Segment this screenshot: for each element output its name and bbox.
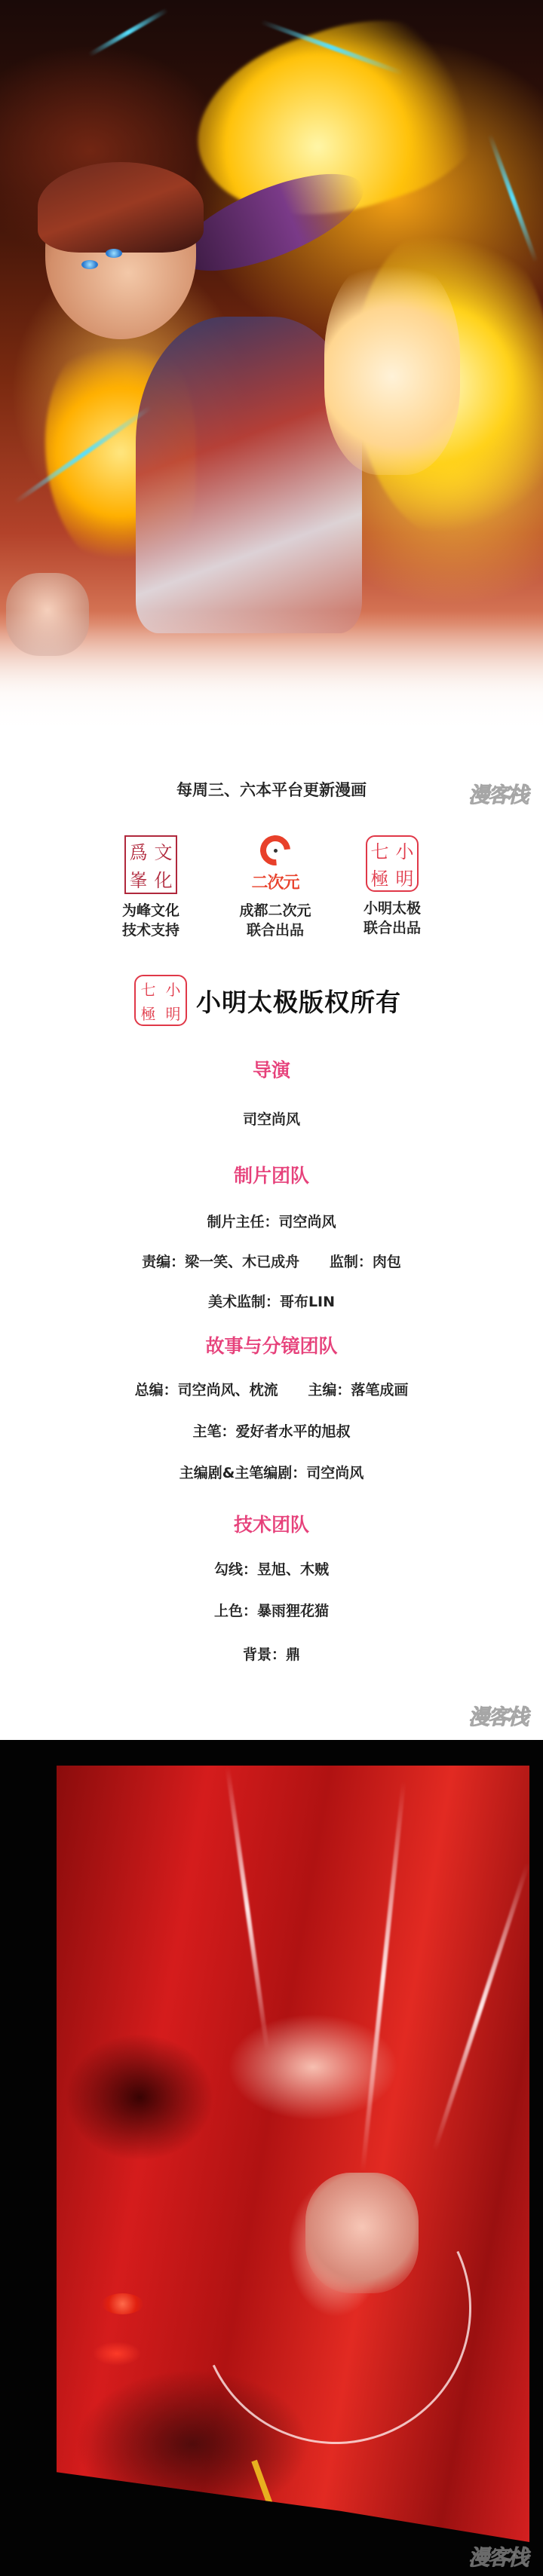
swirl-eye bbox=[272, 847, 279, 854]
watermark-logo-icon: 漫客栈 bbox=[460, 1700, 535, 1732]
caption-line: 小明太极 bbox=[347, 899, 437, 919]
comic-panel bbox=[57, 1766, 529, 2542]
caption-line: 联合出品 bbox=[347, 919, 437, 939]
energy-wisp bbox=[360, 1781, 406, 2172]
credit-line: 主编剧&主笔编剧：司空尚风 bbox=[0, 1462, 543, 1482]
partner-caption: 为峰文化 技术支持 bbox=[106, 902, 196, 940]
white-fade bbox=[0, 611, 543, 761]
weifeng-culture-seal-icon: 爲 文 峯 化 bbox=[124, 835, 177, 894]
copyright-text: 小明太极版权所有 bbox=[196, 983, 401, 1018]
seal-char: 爲 bbox=[130, 838, 148, 864]
partner-chengdu-erciyuan: 二次元 成都二次元 联合出品 bbox=[230, 835, 321, 940]
copyright-line: 七 小 極 明 小明太极版权所有 bbox=[134, 974, 401, 1027]
energy-streak bbox=[88, 8, 169, 57]
energy-wisp bbox=[432, 1863, 529, 2151]
section-title-tech: 技术团队 bbox=[0, 1510, 543, 1537]
section-title-director: 导演 bbox=[0, 1055, 543, 1083]
credit-line: 勾线：昱旭、木贼 bbox=[0, 1558, 543, 1579]
seal-char: 極 bbox=[141, 1002, 156, 1024]
xiaoming-taiji-seal-icon: 七 小 極 明 bbox=[366, 835, 419, 892]
seal-char: 七 bbox=[371, 837, 389, 863]
energy-wisp bbox=[225, 1766, 270, 2051]
seal-char: 峯 bbox=[130, 865, 148, 892]
chengdu-erciyuan-logo-icon: 二次元 bbox=[244, 835, 307, 894]
seal-char: 小 bbox=[166, 978, 181, 1000]
partner-xiaoming-taiji: 七 小 極 明 小明太极 联合出品 bbox=[347, 835, 437, 938]
credit-line: 美术监制：哥布LIN bbox=[0, 1291, 543, 1311]
watermark-logo-icon: 漫客栈 bbox=[460, 2541, 535, 2572]
credit-line: 主笔：爱好者水平的旭叔 bbox=[0, 1420, 543, 1441]
cover-illustration bbox=[0, 0, 543, 761]
partner-logos: 爲 文 峯 化 为峰文化 技术支持 二次元 成都二次元 联合出品 七 小 極 明… bbox=[106, 835, 445, 941]
section-title-production: 制片团队 bbox=[0, 1161, 543, 1188]
caption-line: 技术支持 bbox=[106, 921, 196, 941]
seal-char: 七 bbox=[141, 978, 156, 1000]
credit-line: 上色：暴雨狸花猫 bbox=[0, 1600, 543, 1620]
credit-line: 总编：司空尚风、枕流 主编：落笔成画 bbox=[0, 1379, 543, 1399]
seal-char: 文 bbox=[155, 838, 173, 864]
caption-line: 联合出品 bbox=[230, 921, 321, 941]
caption-line: 成都二次元 bbox=[230, 902, 321, 921]
character-hair bbox=[38, 162, 204, 253]
seal-char: 極 bbox=[371, 864, 389, 890]
character-open-hand bbox=[324, 256, 460, 475]
character-eye bbox=[106, 249, 122, 258]
seal-char: 明 bbox=[166, 1002, 181, 1024]
credit-line: 责编：梁一笑、木已成舟 监制：肉包 bbox=[0, 1251, 543, 1271]
logo-wordmark: 二次元 bbox=[244, 870, 307, 893]
seal-char: 明 bbox=[396, 864, 414, 890]
credit-line: 背景：鼎 bbox=[0, 1643, 543, 1664]
credit-line: 制片主任：司空尚风 bbox=[0, 1211, 543, 1231]
update-schedule: 每周三、六本平台更新漫画 bbox=[0, 778, 543, 801]
partner-weifeng: 爲 文 峯 化 为峰文化 技术支持 bbox=[106, 835, 196, 940]
partner-caption: 成都二次元 联合出品 bbox=[230, 902, 321, 940]
glowing-eye bbox=[102, 2293, 143, 2314]
section-title-story: 故事与分镜团队 bbox=[0, 1331, 543, 1358]
seal-char: 小 bbox=[396, 837, 414, 863]
credit-line: 司空尚风 bbox=[0, 1108, 543, 1129]
partner-caption: 小明太极 联合出品 bbox=[347, 899, 437, 938]
character-eye bbox=[81, 260, 98, 269]
xiaoming-taiji-seal-icon: 七 小 極 明 bbox=[134, 975, 187, 1026]
caption-line: 为峰文化 bbox=[106, 902, 196, 921]
seal-char: 化 bbox=[155, 865, 173, 892]
energy-arc bbox=[161, 2134, 509, 2482]
